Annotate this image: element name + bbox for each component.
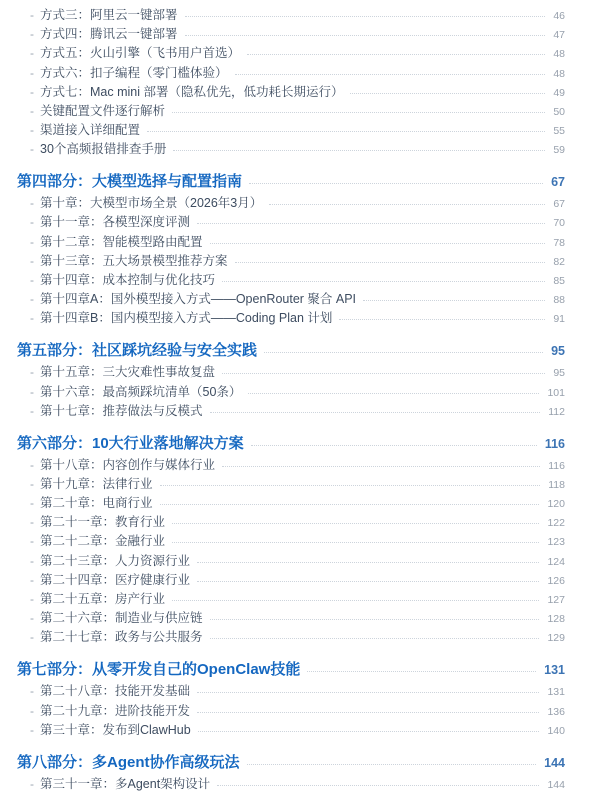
toc-entry-page: 50 xyxy=(553,103,565,122)
entry-dash: - xyxy=(30,552,34,571)
entry-dash: - xyxy=(30,494,34,513)
toc-entry[interactable]: - 第二十九章：进阶技能开发 136 xyxy=(17,702,565,721)
toc-entry[interactable]: - 第十九章：法律行业 118 xyxy=(17,475,565,494)
toc-entry-page: 88 xyxy=(553,291,565,310)
toc-entry-title: 第十九章：法律行业 xyxy=(40,475,153,494)
entry-dash: - xyxy=(30,309,34,328)
dot-leader xyxy=(197,581,539,582)
toc-entry-page: 126 xyxy=(547,572,565,591)
dot-leader xyxy=(172,542,539,543)
dot-leader xyxy=(172,523,539,524)
toc-entry[interactable]: - 关键配置文件逐行解析 50 xyxy=(17,102,565,121)
toc-entry-title: 第十三章：五大场景模型推荐方案 xyxy=(40,252,228,271)
toc-entry[interactable]: - 第二十三章：人力资源行业 124 xyxy=(17,552,565,571)
toc-entry-page: 128 xyxy=(547,610,565,629)
entry-dash: - xyxy=(30,702,34,721)
dot-leader xyxy=(269,204,545,205)
toc-entry-page: 116 xyxy=(548,457,565,476)
toc-entry[interactable]: - 30个高频报错排查手册 59 xyxy=(17,140,565,159)
dot-leader xyxy=(210,243,546,244)
toc-section-title: 第六部分：10大行业落地解决方案 xyxy=(17,434,244,453)
toc-entry[interactable]: - 第十三章：五大场景模型推荐方案 82 xyxy=(17,252,565,271)
entry-dash: - xyxy=(30,271,34,290)
entry-dash: - xyxy=(30,775,34,794)
toc-entry[interactable]: - 方式七：Mac mini 部署（隐私优先，低功耗长期运行） 49 xyxy=(17,83,565,102)
toc-entry-page: 59 xyxy=(553,141,565,160)
toc-entry-title: 第二十九章：进阶技能开发 xyxy=(40,702,190,721)
entry-dash: - xyxy=(30,140,34,159)
toc-entry-title: 第三十一章：多Agent架构设计 xyxy=(40,775,210,794)
toc-entry[interactable]: - 第三十一章：多Agent架构设计 144 xyxy=(17,775,565,794)
toc-section: 第八部分：多Agent协作高级玩法 144 - 第三十一章：多Agent架构设计… xyxy=(17,753,565,794)
toc-entry-page: 118 xyxy=(548,476,565,495)
entry-dash: - xyxy=(30,590,34,609)
toc-section-header[interactable]: 第六部分：10大行业落地解决方案 116 xyxy=(17,434,565,453)
dot-leader xyxy=(264,352,543,353)
toc-entry-page: 55 xyxy=(553,122,565,141)
dot-leader xyxy=(217,785,539,786)
entry-dash: - xyxy=(30,102,34,121)
toc-entry-title: 第二十八章：技能开发基础 xyxy=(40,682,190,701)
dot-leader xyxy=(160,485,541,486)
toc-entry[interactable]: - 第十章：大模型市场全景（2026年3月） 67 xyxy=(17,194,565,213)
dot-leader xyxy=(222,373,545,374)
entry-dash: - xyxy=(30,25,34,44)
dot-leader xyxy=(222,281,545,282)
dot-leader xyxy=(197,223,545,224)
toc-section-page: 131 xyxy=(544,661,565,680)
toc-entry-page: 47 xyxy=(553,26,565,45)
toc-section: 第五部分：社区踩坑经验与安全实践 95 - 第十五章：三大灾难性事故复盘 95 … xyxy=(17,341,565,421)
toc-section-title: 第四部分：大模型选择与配置指南 xyxy=(17,172,242,191)
entry-dash: - xyxy=(30,121,34,140)
entry-dash: - xyxy=(30,363,34,382)
toc-entry-page: 131 xyxy=(547,683,565,702)
toc-entry-page: 129 xyxy=(547,629,565,648)
toc-entry[interactable]: - 方式六：扣子编程（零门槛体验） 48 xyxy=(17,64,565,83)
toc-entry-page: 144 xyxy=(547,776,565,795)
toc-section-title: 第五部分：社区踩坑经验与安全实践 xyxy=(17,341,257,360)
entry-dash: - xyxy=(30,628,34,647)
toc-entry-page: 101 xyxy=(547,384,565,403)
toc-entry-title: 第二十二章：金融行业 xyxy=(40,532,165,551)
toc-sections: 第四部分：大模型选择与配置指南 67 - 第十章：大模型市场全景（2026年3月… xyxy=(17,172,565,794)
entry-dash: - xyxy=(30,233,34,252)
toc-entry-title: 方式七：Mac mini 部署（隐私优先，低功耗长期运行） xyxy=(40,83,343,102)
toc-entry-page: 67 xyxy=(553,195,565,214)
dot-leader xyxy=(160,504,540,505)
entry-dash: - xyxy=(30,456,34,475)
dot-leader xyxy=(307,671,536,672)
dot-leader xyxy=(198,731,540,732)
toc-entry-title: 第十四章B：国内模型接入方式——Coding Plan 计划 xyxy=(40,309,332,328)
toc-entry-title: 渠道接入详细配置 xyxy=(40,121,140,140)
toc-entry[interactable]: - 方式四：腾讯云一键部署 47 xyxy=(17,25,565,44)
toc-entry-page: 122 xyxy=(547,514,565,533)
entry-dash: - xyxy=(30,194,34,213)
toc-entry-title: 方式四：腾讯云一键部署 xyxy=(40,25,178,44)
toc-entry-title: 第十章：大模型市场全景（2026年3月） xyxy=(40,194,262,213)
toc-entry[interactable]: - 第二十八章：技能开发基础 131 xyxy=(17,682,565,701)
toc-section-header[interactable]: 第四部分：大模型选择与配置指南 67 xyxy=(17,172,565,191)
toc-entry-title: 方式三：阿里云一键部署 xyxy=(40,6,178,25)
toc-entry[interactable]: - 第二十六章：制造业与供应链 128 xyxy=(17,609,565,628)
toc-entry-title: 第二十四章：医疗健康行业 xyxy=(40,571,190,590)
toc-entry-page: 120 xyxy=(547,495,565,514)
toc-entry[interactable]: - 第三十章：发布到ClawHub 140 xyxy=(17,721,565,740)
toc-entry-title: 第十二章：智能模型路由配置 xyxy=(40,233,203,252)
toc-entry-title: 第十四章A：国外模型接入方式——OpenRouter 聚合 API xyxy=(40,290,356,309)
dot-leader xyxy=(235,262,546,263)
toc-entry-page: 136 xyxy=(547,703,565,722)
dot-leader xyxy=(197,712,539,713)
entry-dash: - xyxy=(30,609,34,628)
toc-section-header[interactable]: 第七部分：从零开发自己的OpenClaw技能 131 xyxy=(17,660,565,679)
dot-leader xyxy=(210,619,540,620)
entry-dash: - xyxy=(30,571,34,590)
toc-entry-title: 方式六：扣子编程（零门槛体验） xyxy=(40,64,228,83)
dot-leader xyxy=(339,319,545,320)
entry-dash: - xyxy=(30,682,34,701)
dot-leader xyxy=(251,445,537,446)
dot-leader xyxy=(197,692,539,693)
toc-entry-page: 85 xyxy=(553,272,565,291)
dot-leader xyxy=(247,764,537,765)
toc-entry-title: 第十七章：推荐做法与反模式 xyxy=(40,402,203,421)
toc-entry[interactable]: - 方式五：火山引擎（飞书用户首选） 48 xyxy=(17,44,565,63)
dot-leader xyxy=(363,300,545,301)
toc-entry[interactable]: - 第十四章B：国内模型接入方式——Coding Plan 计划 91 xyxy=(17,309,565,328)
toc-entry-page: 91 xyxy=(553,310,565,329)
toc-entry-title: 第十五章：三大灾难性事故复盘 xyxy=(40,363,215,382)
dot-leader xyxy=(197,562,539,563)
toc-entry[interactable]: - 第二十七章：政务与公共服务 129 xyxy=(17,628,565,647)
toc-section-entries: - 第二十八章：技能开发基础 131 - 第二十九章：进阶技能开发 136 - … xyxy=(17,682,565,740)
toc-entry[interactable]: - 渠道接入详细配置 55 xyxy=(17,121,565,140)
toc-section: 第四部分：大模型选择与配置指南 67 - 第十章：大模型市场全景（2026年3月… xyxy=(17,172,565,328)
toc-entry-title: 第十六章：最高频踩坑清单（50条） xyxy=(40,383,241,402)
toc-section-entries: - 第十五章：三大灾难性事故复盘 95 - 第十六章：最高频踩坑清单（50条） … xyxy=(17,363,565,421)
dot-leader xyxy=(235,74,546,75)
entry-dash: - xyxy=(30,44,34,63)
toc-section-page: 116 xyxy=(545,435,565,454)
toc-entry-title: 第十八章：内容创作与媒体行业 xyxy=(40,456,215,475)
toc-section: 第七部分：从零开发自己的OpenClaw技能 131 - 第二十八章：技能开发基… xyxy=(17,660,565,740)
toc-section-entries: - 第十八章：内容创作与媒体行业 116 - 第十九章：法律行业 118 - 第… xyxy=(17,456,565,648)
toc-entry-page: 123 xyxy=(547,533,565,552)
dot-leader xyxy=(222,466,540,467)
toc-entry-page: 82 xyxy=(553,253,565,272)
dot-leader xyxy=(210,412,541,413)
toc-section-header[interactable]: 第五部分：社区踩坑经验与安全实践 95 xyxy=(17,341,565,360)
toc-entry-page: 46 xyxy=(553,7,565,26)
dot-leader xyxy=(185,16,546,17)
toc-entry-title: 第三十章：发布到ClawHub xyxy=(40,721,191,740)
toc-entry-page: 124 xyxy=(547,553,565,572)
entry-dash: - xyxy=(30,290,34,309)
toc-entry[interactable]: - 第十六章：最高频踩坑清单（50条） 101 xyxy=(17,383,565,402)
entry-dash: - xyxy=(30,252,34,271)
entry-dash: - xyxy=(30,213,34,232)
entry-dash: - xyxy=(30,532,34,551)
dot-leader xyxy=(173,150,545,151)
toc-entry-title: 30个高频报错排查手册 xyxy=(40,140,166,159)
toc-entry[interactable]: - 第二十章：电商行业 120 xyxy=(17,494,565,513)
toc-entry-page: 112 xyxy=(548,403,565,422)
toc-entry-title: 第二十六章：制造业与供应链 xyxy=(40,609,203,628)
toc-entry[interactable]: - 第十一章：各模型深度评测 70 xyxy=(17,213,565,232)
toc-entry[interactable]: - 第十二章：智能模型路由配置 78 xyxy=(17,233,565,252)
toc-entry-title: 第二十一章：教育行业 xyxy=(40,513,165,532)
toc-entry-page: 140 xyxy=(547,722,565,741)
dot-leader xyxy=(247,54,545,55)
toc-section-entries: - 第十章：大模型市场全景（2026年3月） 67 - 第十一章：各模型深度评测… xyxy=(17,194,565,328)
dot-leader xyxy=(210,638,540,639)
toc-entry-title: 第二十七章：政务与公共服务 xyxy=(40,628,203,647)
toc-entry[interactable]: - 第二十二章：金融行业 123 xyxy=(17,532,565,551)
entry-dash: - xyxy=(30,513,34,532)
toc-entry[interactable]: - 第二十四章：医疗健康行业 126 xyxy=(17,571,565,590)
dot-leader xyxy=(248,393,539,394)
entry-dash: - xyxy=(30,402,34,421)
dot-leader xyxy=(172,600,539,601)
toc-entry-title: 关键配置文件逐行解析 xyxy=(40,102,165,121)
toc-page: - 方式三：阿里云一键部署 46 - 方式四：腾讯云一键部署 47 - 方式五：… xyxy=(0,0,601,794)
toc-entry-page: 48 xyxy=(553,65,565,84)
toc-entry[interactable]: - 第十七章：推荐做法与反模式 112 xyxy=(17,402,565,421)
dot-leader xyxy=(350,93,545,94)
toc-entry-title: 方式五：火山引擎（飞书用户首选） xyxy=(40,44,240,63)
toc-entry[interactable]: - 第二十一章：教育行业 122 xyxy=(17,513,565,532)
toc-entry-title: 第十四章：成本控制与优化技巧 xyxy=(40,271,215,290)
dot-leader xyxy=(249,183,543,184)
toc-entry-page: 78 xyxy=(553,234,565,253)
toc-entry-page: 48 xyxy=(553,45,565,64)
toc-entry-title: 第二十五章：房产行业 xyxy=(40,590,165,609)
toc-entry[interactable]: - 第十五章：三大灾难性事故复盘 95 xyxy=(17,363,565,382)
dot-leader xyxy=(185,35,546,36)
toc-entry[interactable]: - 第十四章A：国外模型接入方式——OpenRouter 聚合 API 88 xyxy=(17,290,565,309)
toc-entry-title: 第二十三章：人力资源行业 xyxy=(40,552,190,571)
entry-dash: - xyxy=(30,721,34,740)
toc-section-title: 第八部分：多Agent协作高级玩法 xyxy=(17,753,240,772)
dot-leader xyxy=(172,112,545,113)
entry-dash: - xyxy=(30,83,34,102)
toc-entry-page: 127 xyxy=(547,591,565,610)
toc-section-entries: - 第三十一章：多Agent架构设计 144 xyxy=(17,775,565,794)
toc-section-title: 第七部分：从零开发自己的OpenClaw技能 xyxy=(17,660,300,679)
entry-dash: - xyxy=(30,64,34,83)
toc-section-page: 95 xyxy=(551,342,565,361)
toc-entry[interactable]: - 第十四章：成本控制与优化技巧 85 xyxy=(17,271,565,290)
entry-dash: - xyxy=(30,6,34,25)
toc-entry-title: 第十一章：各模型深度评测 xyxy=(40,213,190,232)
toc-entry-page: 70 xyxy=(553,214,565,233)
entry-dash: - xyxy=(30,383,34,402)
toc-entry-page: 49 xyxy=(553,84,565,103)
entry-dash: - xyxy=(30,475,34,494)
toc-section: 第六部分：10大行业落地解决方案 116 - 第十八章：内容创作与媒体行业 11… xyxy=(17,434,565,648)
toc-continuation-entries: - 方式三：阿里云一键部署 46 - 方式四：腾讯云一键部署 47 - 方式五：… xyxy=(17,6,565,160)
toc-entry-page: 95 xyxy=(553,364,565,383)
toc-entry-title: 第二十章：电商行业 xyxy=(40,494,153,513)
toc-section-page: 144 xyxy=(544,754,565,773)
toc-section-header[interactable]: 第八部分：多Agent协作高级玩法 144 xyxy=(17,753,565,772)
dot-leader xyxy=(147,131,545,132)
toc-entry[interactable]: - 第十八章：内容创作与媒体行业 116 xyxy=(17,456,565,475)
toc-section-page: 67 xyxy=(551,173,565,192)
toc-entry[interactable]: - 第二十五章：房产行业 127 xyxy=(17,590,565,609)
toc-entry[interactable]: - 方式三：阿里云一键部署 46 xyxy=(17,6,565,25)
